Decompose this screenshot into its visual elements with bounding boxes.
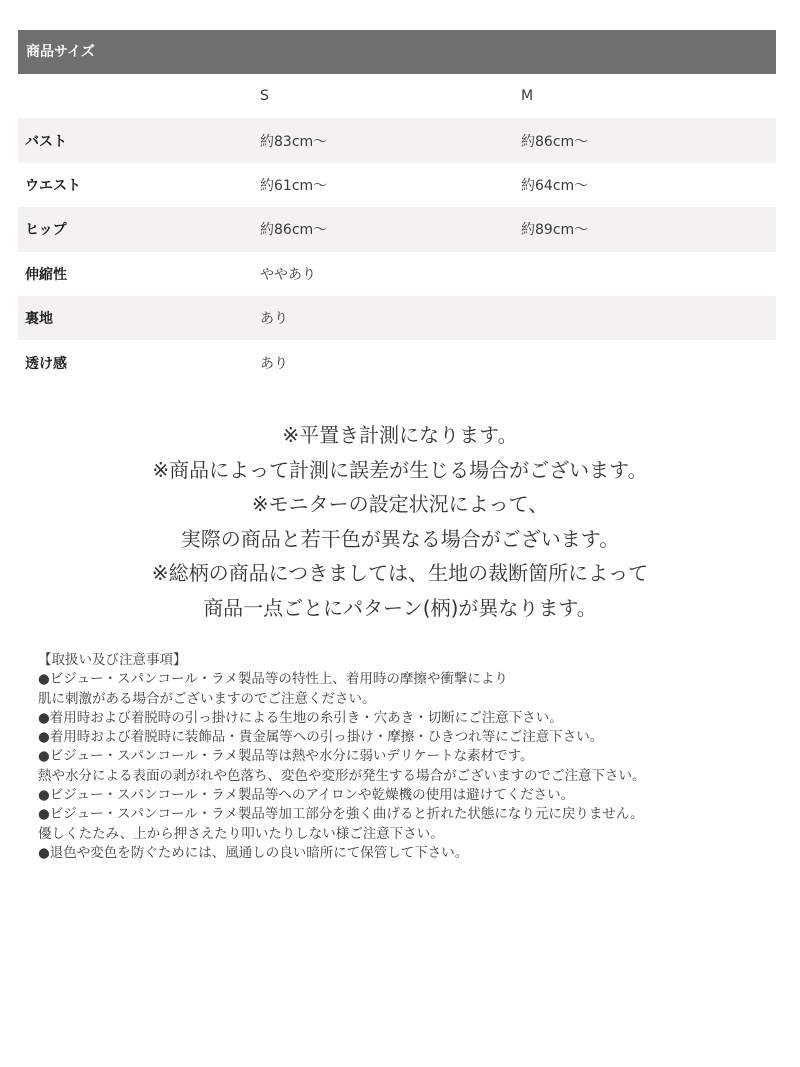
value-s: 約61cm〜 bbox=[260, 175, 327, 195]
note-line: 実際の商品と若干色が異なる場合がございます。 bbox=[0, 522, 800, 557]
value-s: 約86cm〜 bbox=[260, 219, 327, 239]
value-s: 約83cm〜 bbox=[260, 131, 327, 151]
care-line: ●着用時および着脱時の引っ掛けによる生地の糸引き・穴あき・切断にご注意下さい。 bbox=[38, 709, 646, 728]
care-line: ●退色や変色を防ぐためには、風通しの良い暗所にて保管して下さい。 bbox=[38, 844, 646, 863]
table-row-hip: ヒップ 約86cm〜 約89cm〜 bbox=[18, 207, 776, 251]
note-line: ※モニターの設定状況によって、 bbox=[0, 487, 800, 522]
size-s-header: S bbox=[260, 88, 269, 104]
table-row-sheerness: 透け感 あり bbox=[18, 340, 776, 384]
care-line: 熱や水分による表面の剥がれや色落ち、変色や変形が発生する場合がございますのでご注… bbox=[38, 767, 646, 786]
care-line: ●着用時および着脱時に装飾品・貴金属等への引っ掛け・摩擦・ひきつれ等にご注意下さ… bbox=[38, 728, 646, 747]
measurement-notes: ※平置き計測になります。 ※商品によって計測に誤差が生じる場合がございます。 ※… bbox=[0, 418, 800, 625]
row-label: バスト bbox=[25, 131, 67, 151]
note-line: 商品一点ごとにパターン(柄)が異なります。 bbox=[0, 591, 800, 626]
row-label: ウエスト bbox=[25, 175, 81, 195]
table-row-lining: 裏地 あり bbox=[18, 296, 776, 340]
row-label: 裏地 bbox=[25, 308, 53, 328]
size-table-title: 商品サイズ bbox=[18, 30, 776, 74]
care-instructions: 【取扱い及び注意事項】 ●ビジュー・スパンコール・ラメ製品等の特性上、着用時の摩… bbox=[38, 651, 646, 863]
value-s: あり bbox=[260, 308, 288, 328]
care-line: ●ビジュー・スパンコール・ラメ製品等加工部分を強く曲げると折れた状態になり元に戻… bbox=[38, 805, 646, 824]
value-s: ややあり bbox=[260, 264, 316, 284]
care-title: 【取扱い及び注意事項】 bbox=[38, 651, 646, 670]
note-line: ※総柄の商品につきましては、生地の裁断箇所によって bbox=[0, 556, 800, 591]
row-label: ヒップ bbox=[25, 219, 67, 239]
value-m: 約86cm〜 bbox=[521, 131, 588, 151]
row-label: 透け感 bbox=[25, 353, 67, 373]
table-row-bust: バスト 約83cm〜 約86cm〜 bbox=[18, 118, 776, 162]
care-line: 肌に刺激がある場合がございますのでご注意ください。 bbox=[38, 690, 646, 709]
care-line: 優しくたたみ、上から押さえたり叩いたりしない様ご注意下さい。 bbox=[38, 825, 646, 844]
row-label: 伸縮性 bbox=[25, 264, 67, 284]
size-table: 商品サイズ S M バスト 約83cm〜 約86cm〜 ウエスト 約61cm〜 … bbox=[18, 30, 776, 385]
value-m: 約89cm〜 bbox=[521, 219, 588, 239]
care-line: ●ビジュー・スパンコール・ラメ製品等は熱や水分に弱いデリケートな素材です。 bbox=[38, 747, 646, 766]
table-row-stretch: 伸縮性 ややあり bbox=[18, 252, 776, 296]
value-m: 約64cm〜 bbox=[521, 175, 588, 195]
table-row-waist: ウエスト 約61cm〜 約64cm〜 bbox=[18, 163, 776, 207]
value-s: あり bbox=[260, 353, 288, 373]
care-line: ●ビジュー・スパンコール・ラメ製品等の特性上、着用時の摩擦や衝撃により bbox=[38, 670, 646, 689]
note-line: ※平置き計測になります。 bbox=[0, 418, 800, 453]
size-header-row: S M bbox=[18, 74, 776, 118]
size-m-header: M bbox=[521, 88, 533, 104]
note-line: ※商品によって計測に誤差が生じる場合がございます。 bbox=[0, 453, 800, 488]
care-line: ●ビジュー・スパンコール・ラメ製品等へのアイロンや乾燥機の使用は避けてください。 bbox=[38, 786, 646, 805]
